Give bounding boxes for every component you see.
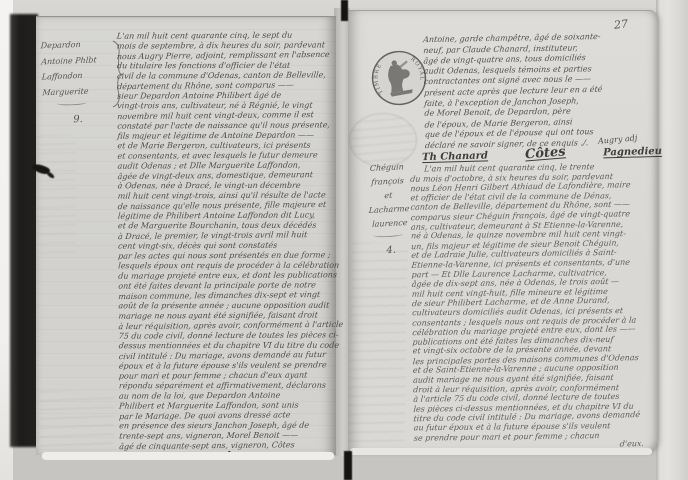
book-cover-edge xyxy=(10,14,38,447)
act-text-left: L'an mil huit cent quarante cinq, le sep… xyxy=(117,30,334,451)
manuscript-line: âgé de cinquante-sept ans, vigneron, Côt… xyxy=(119,440,334,452)
register-page-right: 27 TIMBRE ROYAL Antoine, garde champ xyxy=(348,10,658,451)
page-bottom-edge-right xyxy=(350,448,652,455)
signature-pagnedieu: Pagnedieu xyxy=(603,146,662,159)
flourish-underline xyxy=(373,231,403,238)
margin-names-left: DepardonAntoine PhlbtLaffondonMarguerite xyxy=(40,36,120,101)
flourish-underline xyxy=(57,100,87,106)
act-text-right-bottom: L'an mil huit cent quarante cinq, le tre… xyxy=(410,161,660,452)
register-page-left: DepardonAntoine PhlbtLaffondonMarguerite… xyxy=(36,16,336,455)
bleedthrough-smudge xyxy=(38,135,76,255)
signature-cotes: Côtes xyxy=(525,144,567,162)
binding-mark-bottom xyxy=(344,451,352,480)
margin-brace xyxy=(110,39,124,109)
signature-chanard: Th Chanard xyxy=(422,150,488,163)
bleedthrough-smudge xyxy=(40,391,114,451)
binding-mark-top xyxy=(341,0,348,21)
manuscript-line: Marguerite xyxy=(42,82,121,100)
act-number-left: 9. xyxy=(73,111,122,128)
stamp-ghost-impression xyxy=(349,113,417,167)
page-number: 27 xyxy=(613,17,628,31)
scanned-register-spread: DepardonAntoine PhlbtLaffondonMarguerite… xyxy=(0,0,688,480)
page-bottom-edge-left xyxy=(42,452,334,460)
bleedthrough-smudge xyxy=(348,243,408,450)
